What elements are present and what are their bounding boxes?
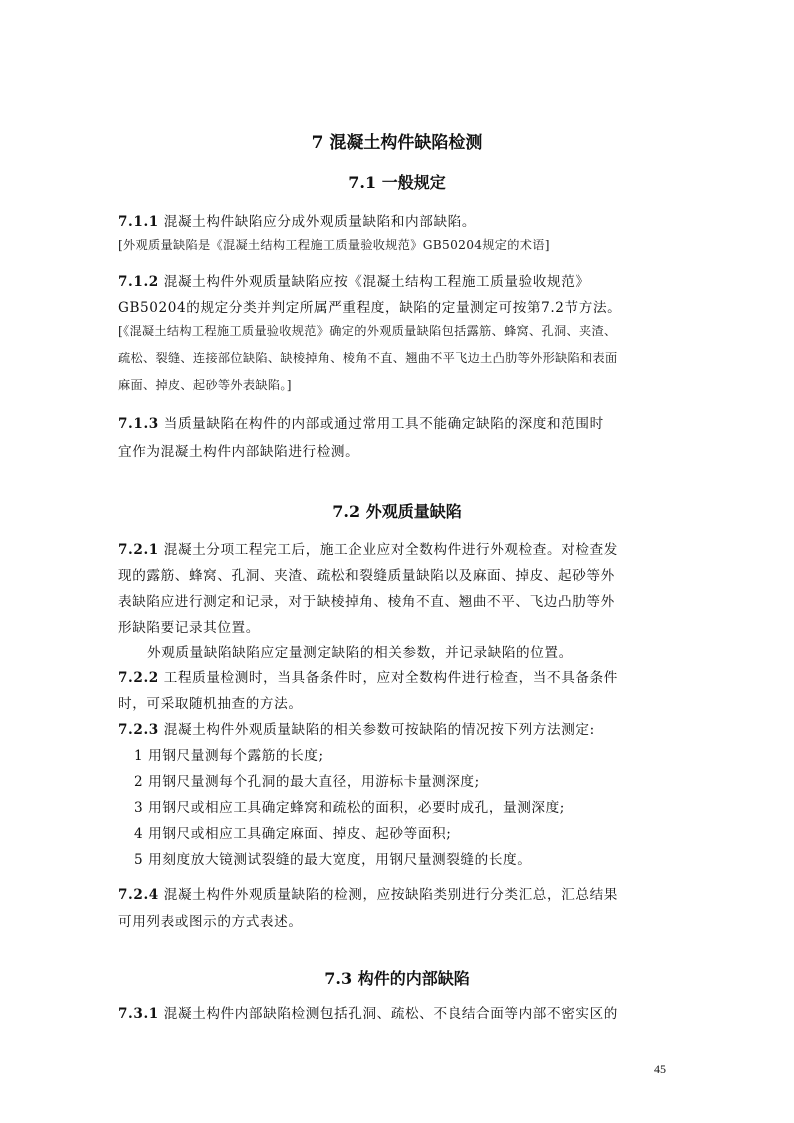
list-item: 5 用刻度放大镜测试裂缝的最大宽度，用钢尺量测裂缝的长度。 bbox=[134, 848, 531, 868]
clause-text: 可用列表或图示的方式表述。 bbox=[118, 910, 303, 930]
clause-number: 7.2.3 bbox=[118, 722, 159, 738]
clause-number: 7.2.4 bbox=[118, 887, 159, 903]
list-item: 3 用钢尺或相应工具确定蜂窝和疏松的面积，必要时成孔，量测深度; bbox=[134, 796, 565, 816]
clause-note: 麻面、掉皮、起砂等外表缺陷。] bbox=[118, 376, 292, 393]
clause-text: 表缺陷应进行测定和记录，对于缺棱掉角、棱角不直、翘曲不平、飞边凸肋等外 bbox=[118, 590, 615, 610]
chapter-title: 7 混凝土构件缺陷检测 bbox=[0, 128, 794, 153]
clause-number: 7.1.1 bbox=[118, 214, 159, 230]
clause-text: 混凝土构件缺陷应分成外观质量缺陷和内部缺陷。 bbox=[164, 214, 476, 230]
clause-text: 混凝土构件外观质量缺陷的相关参数可按缺陷的情况按下列方法测定: bbox=[164, 722, 595, 738]
clause-text: 外观质量缺陷缺陷应定量测定缺陷的相关参数，并记录缺陷的位置。 bbox=[147, 641, 573, 661]
clause-note: [《混凝土结构工程施工质量验收规范》确定的外观质量缺陷包括露筋、蜂窝、孔洞、夹渣… bbox=[118, 322, 616, 339]
clause-note: [外观质量缺陷是《混凝土结构工程施工质量验收规范》GB50204规定的术语] bbox=[118, 236, 550, 253]
clause-text: 混凝土构件内部缺陷检测包括孔洞、疏松、不良结合面等内部不密实区的 bbox=[164, 1006, 618, 1022]
clause-text: 时，可采取随机抽查的方法。 bbox=[118, 692, 303, 712]
clause-text: 工程质量检测时，当具备条件时，应对全数构件进行检查，当不具备条件 bbox=[164, 670, 618, 686]
list-item: 4 用钢尺或相应工具确定麻面、掉皮、起砂等面积; bbox=[134, 822, 451, 842]
clause-number: 7.1.2 bbox=[118, 274, 159, 290]
clause-number: 7.2.2 bbox=[118, 670, 159, 686]
clause-text: 宜作为混凝土构件内部缺陷进行检测。 bbox=[118, 440, 359, 460]
clause-text: 混凝土构件外观质量缺陷应按《混凝土结构工程施工质量验收规范》 bbox=[164, 274, 590, 290]
page-number: 45 bbox=[654, 1062, 666, 1077]
clause-note: 疏松、裂缝、连接部位缺陷、缺棱掉角、棱角不直、翘曲不平飞边土凸肋等外形缺陷和表面 bbox=[118, 349, 618, 366]
clause-number: 7.3.1 bbox=[118, 1006, 159, 1022]
clause-text: 混凝土分项工程完工后，施工企业应对全数构件进行外观检查。对检查发 bbox=[164, 542, 618, 558]
clause-text: 现的露筋、蜂窝、孔洞、夹渣、疏松和裂缝质量缺陷以及麻面、掉皮、起砂等外 bbox=[118, 564, 615, 584]
clause-text: 当质量缺陷在构件的内部或通过常用工具不能确定缺陷的深度和范围时 bbox=[164, 416, 604, 432]
clause-text: GB50204的规定分类并判定所属严重程度，缺陷的定量测定可按第7.2节方法。 bbox=[118, 296, 621, 316]
list-item: 2 用钢尺量测每个孔洞的最大直径，用游标卡量测深度; bbox=[134, 770, 480, 790]
clause-text: 混凝土构件外观质量缺陷的检测，应按缺陷类别进行分类汇总，汇总结果 bbox=[164, 887, 618, 903]
list-item: 1 用钢尺量测每个露筋的长度; bbox=[134, 744, 324, 764]
section-7-1-title: 7.1 一般规定 bbox=[0, 170, 794, 193]
clause-number: 7.1.3 bbox=[118, 416, 159, 432]
clause-number: 7.2.1 bbox=[118, 542, 159, 558]
clause-text: 形缺陷要记录其位置。 bbox=[118, 616, 260, 636]
section-7-3-title: 7.3 构件的内部缺陷 bbox=[0, 966, 794, 989]
section-7-2-title: 7.2 外观质量缺陷 bbox=[0, 499, 794, 522]
